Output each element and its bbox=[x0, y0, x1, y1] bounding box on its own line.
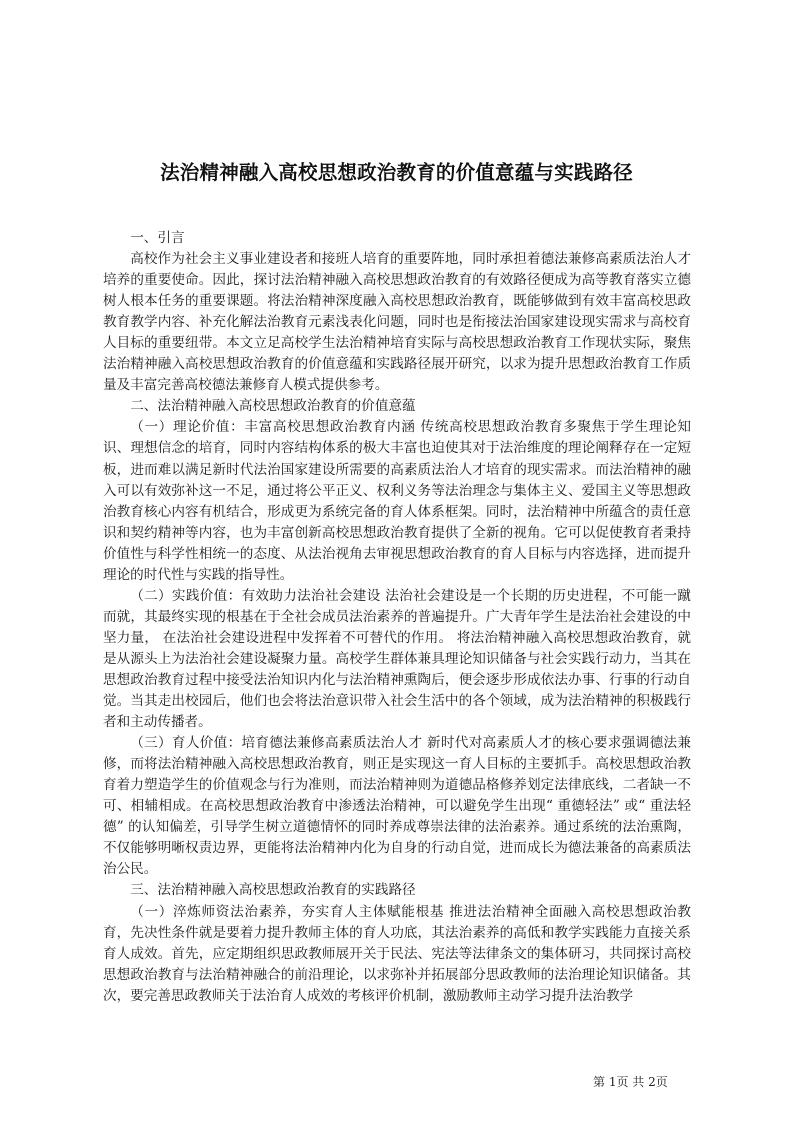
document-title: 法治精神融入高校思想政治教育的价值意蕴与实践路径 bbox=[0, 157, 793, 185]
section-heading-intro: 一、引言 bbox=[103, 228, 691, 249]
paragraph-practice-value: （二）实践价值：有效助力法治社会建设 法治社会建设是一个长期的历史进程，不可能一… bbox=[103, 586, 691, 733]
page-number: 第 1页 共 2页 bbox=[593, 1073, 668, 1090]
document-body: 一、引言 高校作为社会主义事业建设者和接班人培育的重要阵地，同时承担着德法兼修高… bbox=[103, 228, 691, 1007]
document-page: 法治精神融入高校思想政治教育的价值意蕴与实践路径 一、引言 高校作为社会主义事业… bbox=[0, 0, 793, 1122]
paragraph-intro: 高校作为社会主义事业建设者和接班人培育的重要阵地，同时承担着德法兼修高素质法治人… bbox=[103, 249, 691, 396]
paragraph-teacher-path: （一）淬炼师资法治素养，夯实育人主体赋能根基 推进法治精神全面融入高校思想政治教… bbox=[103, 902, 691, 1007]
paragraph-theory-value: （一）理论价值：丰富高校思想政治教育内涵 传统高校思想政治教育多聚焦于学生理论知… bbox=[103, 417, 691, 585]
section-heading-path: 三、法治精神融入高校思想政治教育的实践路径 bbox=[103, 880, 691, 901]
section-heading-value: 二、法治精神融入高校思想政治教育的价值意蕴 bbox=[103, 396, 691, 417]
paragraph-education-value: （三）育人价值：培育德法兼修高素质法治人才 新时代对高素质人才的核心要求强调德法… bbox=[103, 733, 691, 880]
